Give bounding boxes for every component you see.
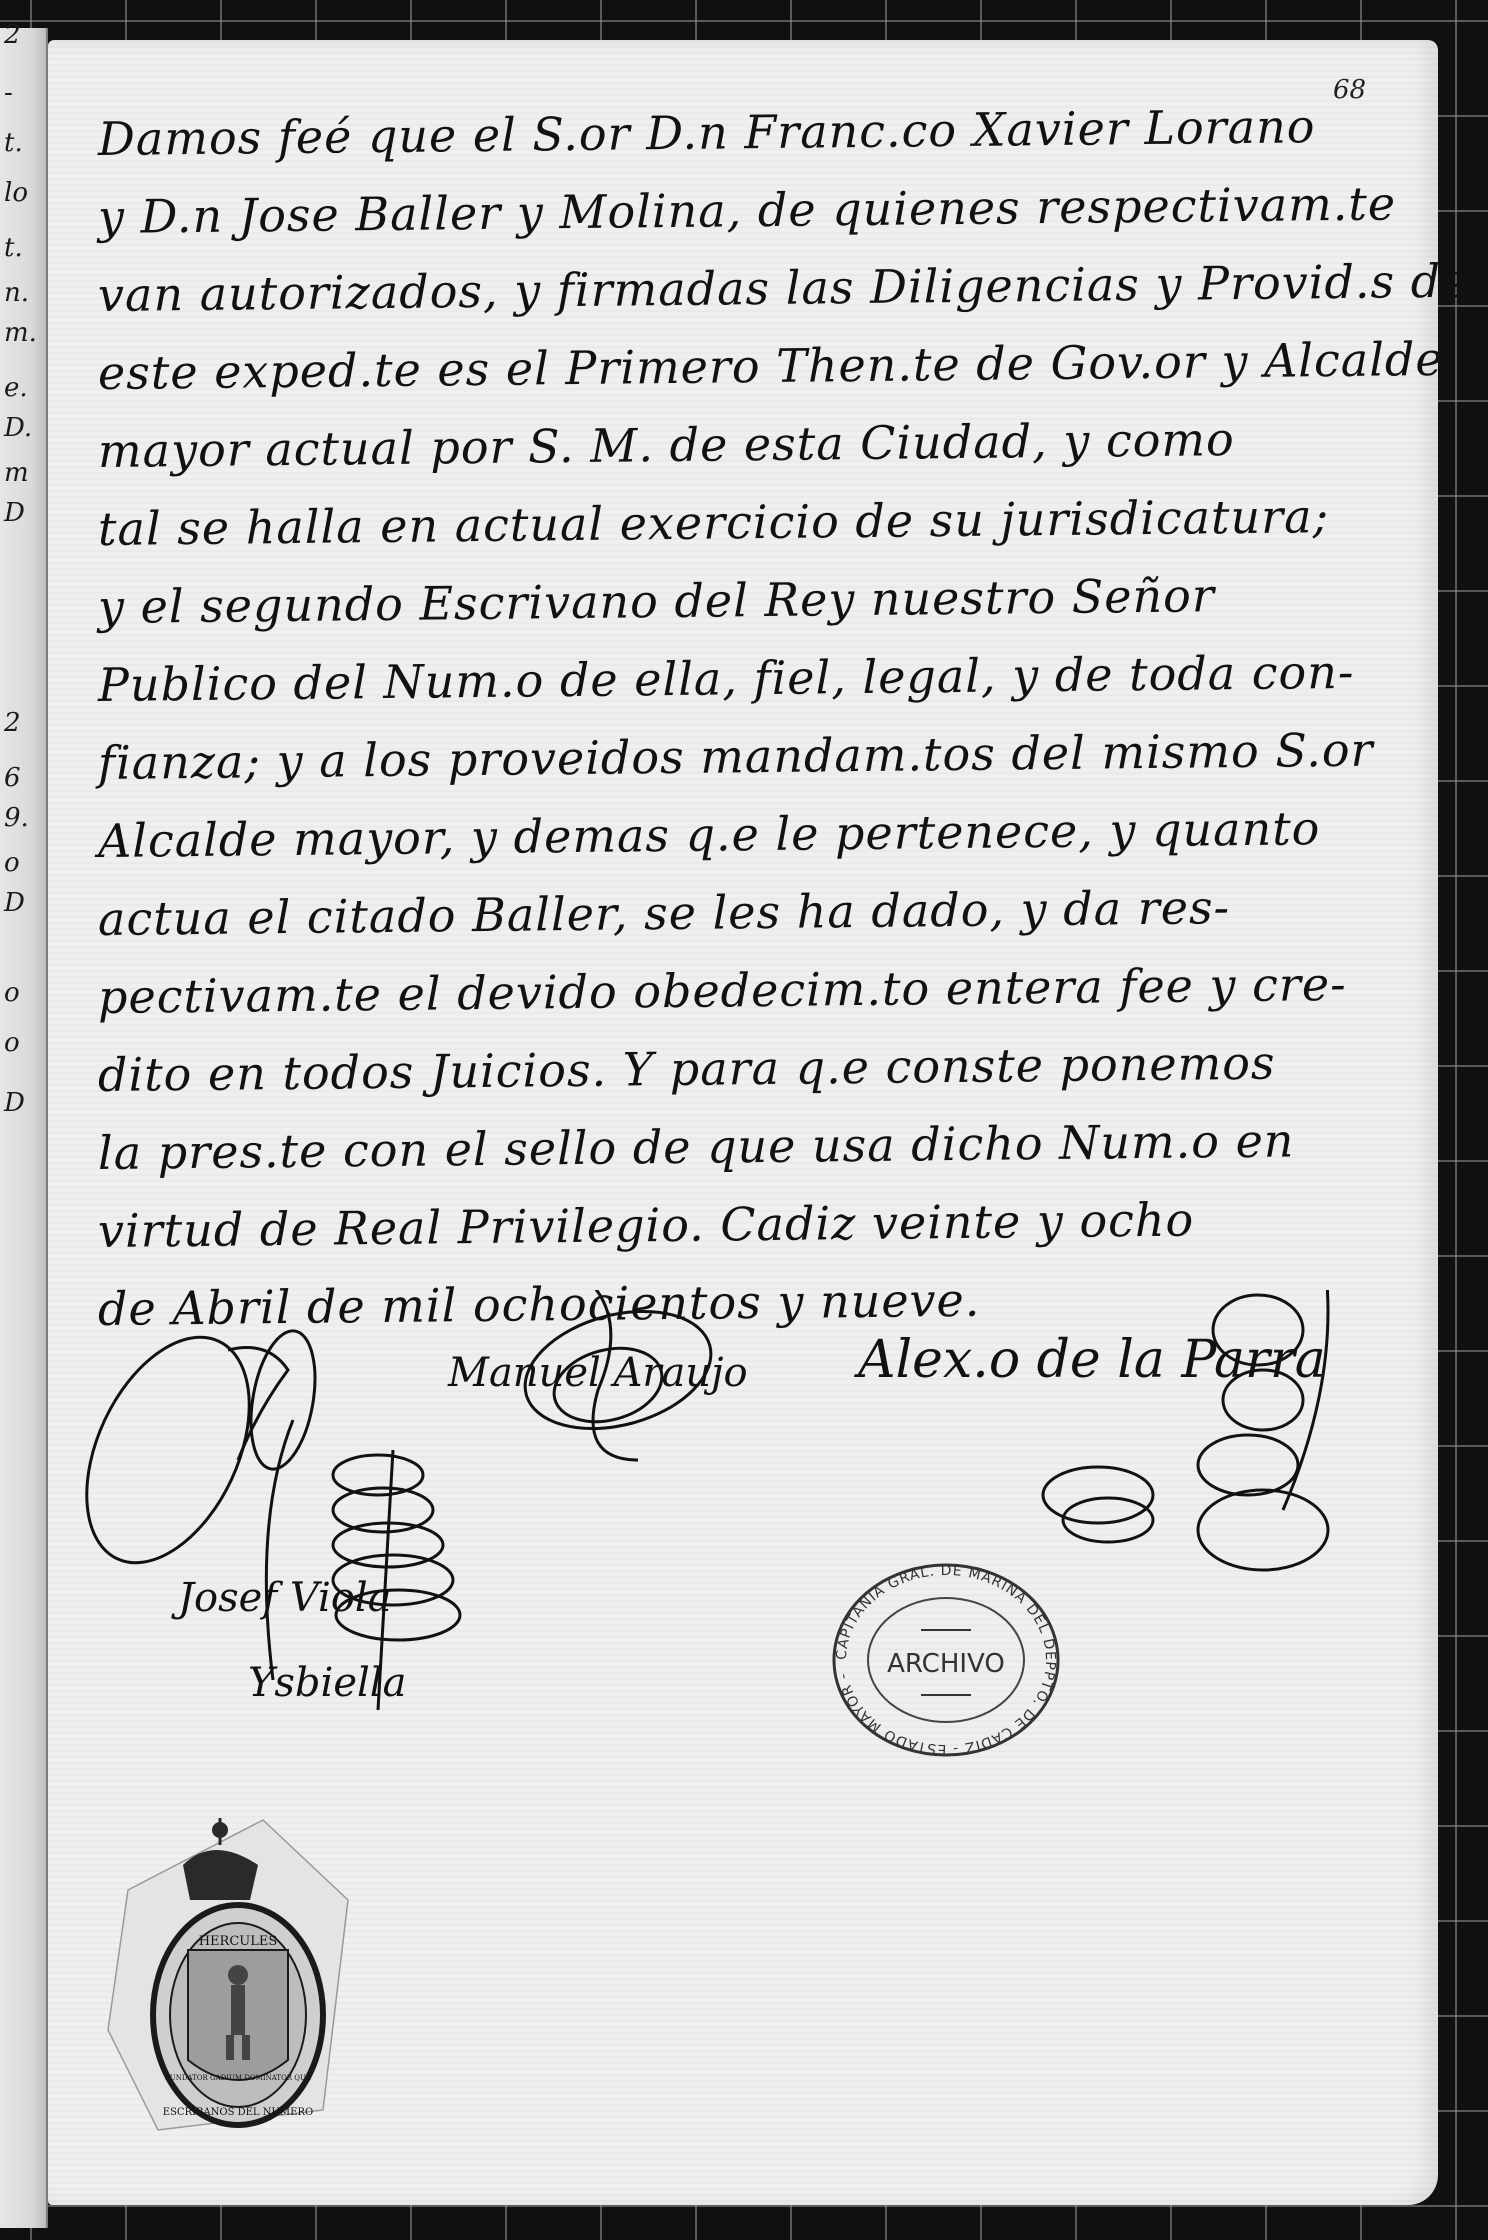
margin-fragment: m.: [4, 318, 37, 348]
margin-fragment: e.: [4, 373, 28, 403]
margin-fragment: n.: [4, 278, 29, 308]
archive-stamp-graphic: CAPITANIA GRAL. DE MARINA DEL DEPPTO. DE…: [826, 1560, 1066, 1760]
archive-stamp: CAPITANIA GRAL. DE MARINA DEL DEPPTO. DE…: [826, 1560, 1066, 1760]
margin-fragment: D: [4, 1088, 25, 1118]
manuscript-page: 68 Damos feé que el S.or D.n Franc.co Xa…: [48, 40, 1438, 2205]
margin-fragment: D: [4, 888, 25, 918]
margin-fragment: t.: [4, 128, 23, 158]
signature-flourishes: [48, 1290, 1438, 1810]
seal-top-text: HERCULES: [199, 1934, 278, 1949]
margin-fragment: lo: [4, 178, 28, 208]
margin-fragment: m: [4, 458, 29, 488]
margin-fragment: o: [4, 978, 20, 1008]
notarial-seal: HERCULES ESCRIBANOS DEL NUMERO FUNDATOR …: [88, 1810, 358, 2150]
margin-fragment: t.: [4, 233, 23, 263]
seal-outer-text: ESCRIBANOS DEL NUMERO: [163, 2107, 313, 2118]
margin-fragment: 6: [4, 763, 21, 793]
margin-fragment: o: [4, 848, 20, 878]
seal-inner-text: FUNDATOR GADIUM DOMINATOR QUE: [165, 2074, 311, 2082]
margin-fragment: -: [4, 78, 13, 108]
stamp-center-text: ARCHIVO: [887, 1649, 1005, 1679]
seal-graphic: HERCULES ESCRIBANOS DEL NUMERO FUNDATOR …: [88, 1810, 358, 2150]
margin-fragment: 9.: [4, 803, 29, 833]
margin-fragment: D: [4, 498, 25, 528]
margin-fragment: D.: [4, 413, 32, 443]
margin-fragment: o: [4, 1028, 20, 1058]
previous-page-edge: 2 - t. lo t. n. m. e. D. m D 2 6 9. o D …: [0, 28, 48, 2228]
margin-fragment: 2: [4, 708, 21, 738]
margin-fragment: 2: [4, 20, 21, 50]
